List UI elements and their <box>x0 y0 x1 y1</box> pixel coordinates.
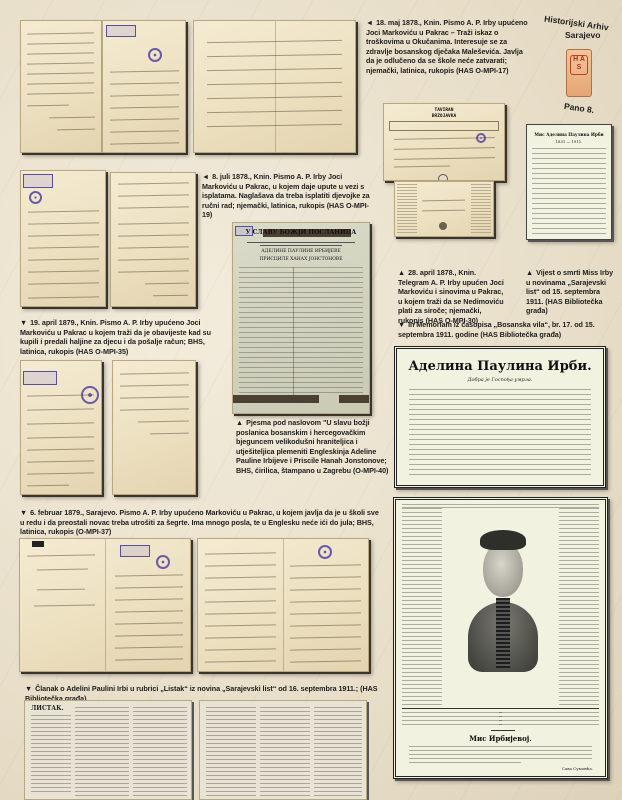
caption-ompi-35: ▼19. april 1879., Knin. Pismo A. P. Irby… <box>20 318 215 356</box>
letter-ompi-19-right <box>110 172 196 307</box>
seal-icon <box>148 48 162 62</box>
caption-ompi-17: ◄18. maj 1878., Knin. Pismo A. P. Irby u… <box>366 18 531 76</box>
caption-death-notice: ▲Vijest o smrti Miss Irby u novinama „Sa… <box>526 268 618 316</box>
caption-memoriam: ▼In Memoriam iz časopisa „Bosanska vila“… <box>398 320 598 339</box>
pano-number: Pano 8. <box>563 101 594 115</box>
seal-icon <box>318 545 332 559</box>
caption-ompi-37: ▼6. februar 1879., Sarajevo. Pismo A. P.… <box>20 508 380 537</box>
caption-ompi-19: ◄8. juli 1878., Knin. Pismo A. P. Irby J… <box>202 172 372 220</box>
telegram-receipt <box>394 181 494 237</box>
listak-clipping-right <box>199 700 367 800</box>
caption-poem-ompi-40: ▲Pjesma pod naslovom "U slavu božji posl… <box>236 418 396 476</box>
archive-logo: Historijski Arhiv Sarajevo H A S Pano 8. <box>540 6 620 121</box>
letter-ompi-35-left <box>20 360 102 495</box>
letter-ompi-37-page2 <box>197 538 369 672</box>
death-notice-clipping: Мис Аделина Паулина Ирби 1831 — 1911. <box>526 124 612 240</box>
letter-ompi-17-right <box>102 20 186 153</box>
letter-ompi-17-left <box>20 20 102 153</box>
portrait-adelina-irby <box>448 512 558 672</box>
caption-ompi-30: ▲28. april 1878., Knin. Telegram A. P. I… <box>398 268 508 326</box>
letter-ompi-35-right <box>112 360 196 495</box>
telegram-ompi-30: TAVIRAN BRZOJAVKA <box>383 103 505 181</box>
has-seal-icon: H A S <box>566 49 592 97</box>
stamp-icon <box>106 25 136 37</box>
listak-clipping-left: ЛИСТАК. <box>24 700 192 800</box>
logo-city: Sarajevo <box>565 30 600 40</box>
seal-icon <box>156 555 170 569</box>
memoriam-clipping-portrait: Мис Ирбијевој. Сава Сумонћа. <box>393 497 608 779</box>
letter-ompi-17-page2 <box>193 20 356 153</box>
stamp-icon <box>120 545 150 557</box>
memoriam-clipping-top: Аделина Паулина Ирби. Добра је Госпођа у… <box>394 346 606 488</box>
poem-ompi-40: У СЛАВУ БОЖЈИ ПОСЛАНИЦА АДЕЛИНЕ ПАУЛИНЕ … <box>232 222 370 414</box>
seal-icon <box>29 191 42 204</box>
stamp-icon <box>23 371 57 385</box>
letter-ompi-37-page1 <box>19 538 191 672</box>
stamp-icon <box>23 174 53 188</box>
letter-ompi-19-left <box>20 170 106 307</box>
